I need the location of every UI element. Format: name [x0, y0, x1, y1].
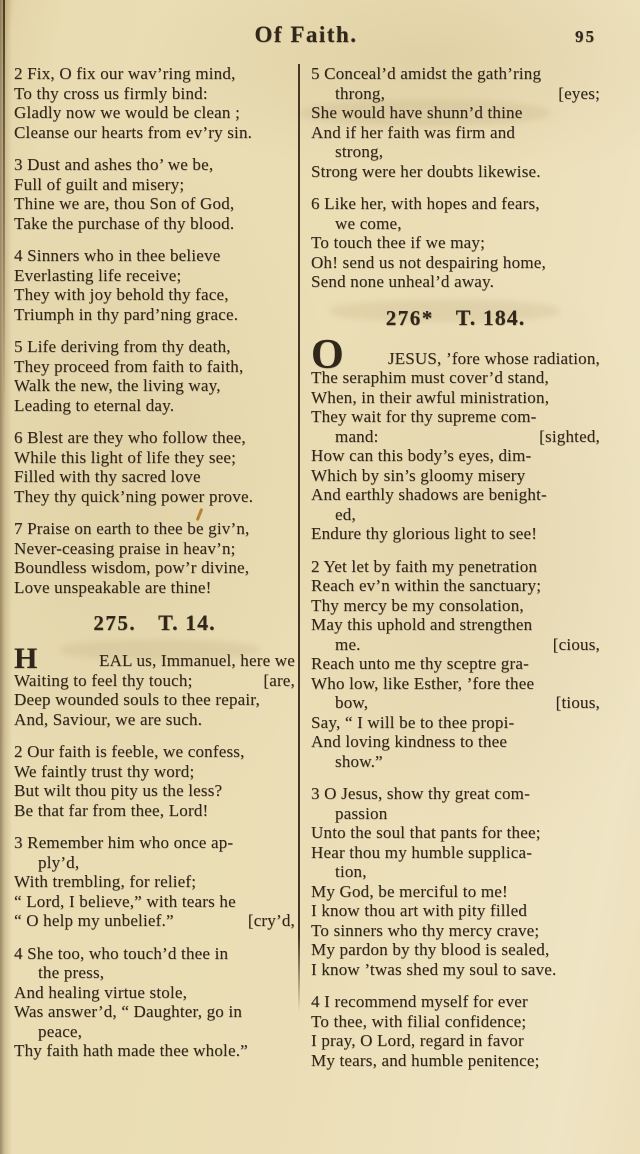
line-text: I know ’twas shed my soul to save. — [311, 960, 556, 980]
verse-line: 7 Praise on earth to thee be giv’n, — [14, 519, 295, 539]
line-text: May this uphold and strengthen — [311, 615, 532, 635]
line-text: tion, — [335, 862, 367, 882]
catchword: [tious, — [550, 693, 600, 713]
line-text: And if her faith was firm and — [311, 123, 515, 143]
line-text: 5 Conceal’d amidst the gath’ring — [311, 64, 541, 84]
verse-line: passion — [311, 804, 600, 824]
verse-line: Everlasting life receive; — [14, 266, 295, 286]
hymn-number: 276* — [386, 306, 434, 330]
line-text: 2 Fix, O fix our wav’ring mind, — [14, 64, 236, 84]
verse-line: My God, be merciful to me! — [311, 882, 600, 902]
verse: 2 Fix, O fix our wav’ring mind,To thy cr… — [14, 64, 295, 142]
verse-line: The seraphim must cover’d stand, — [311, 368, 600, 388]
verse-line: Gladly now we would be clean ; — [14, 103, 295, 123]
verse-line: “ Lord, I believe,” with tears he — [14, 892, 295, 912]
verse-line: 2 Our faith is feeble, we confess, — [14, 742, 295, 762]
verse-line: 4 I recommend myself for ever — [311, 992, 600, 1012]
line-text: Thy faith hath made thee whole.” — [14, 1041, 248, 1061]
verse-line: Unto the soul that pants for thee; — [311, 823, 600, 843]
line-text: To sinners who thy mercy crave; — [311, 921, 539, 941]
verse-line: Which by sin’s gloomy misery — [311, 466, 600, 486]
verse-line: 5 Life deriving from thy death, — [14, 337, 295, 357]
tune-label: T. 184. — [456, 305, 526, 330]
verse: 4 Sinners who in thee believeEverlasting… — [14, 246, 295, 324]
binding-edge-line — [3, 0, 5, 420]
verse-line: And if her faith was firm and — [311, 123, 600, 143]
line-text: Reach ev’n within the sanctuary; — [311, 576, 541, 596]
verse-line: strong, — [311, 142, 600, 162]
line-text: Reach unto me thy sceptre gra- — [311, 654, 529, 674]
verse-line: show.” — [311, 752, 600, 772]
verse-line: They with joy behold thy face, — [14, 285, 295, 305]
drop-cap: O — [311, 346, 344, 366]
verse-line: we come, — [311, 214, 600, 234]
verse-line: Never-ceasing praise in heav’n; — [14, 539, 295, 559]
line-text: we come, — [335, 214, 402, 234]
verse-line: throng,[eyes; — [311, 84, 600, 104]
line-text: EAL us, Immanuel, here we — [99, 651, 295, 671]
line-text: Triumph in thy pard’ning grace. — [14, 305, 238, 325]
line-text: Thy mercy be my consolation, — [311, 596, 524, 616]
line-text: peace, — [38, 1022, 82, 1042]
line-text: Boundless wisdom, pow’r divine, — [14, 558, 249, 578]
line-text: Walk the new, the living way, — [14, 376, 221, 396]
verse-line: Full of guilt and misery; — [14, 175, 295, 195]
line-text: mand: — [335, 427, 379, 447]
verse-line: May this uphold and strengthen — [311, 615, 600, 635]
line-text: Everlasting life receive; — [14, 266, 181, 286]
verse-line: Reach ev’n within the sanctuary; — [311, 576, 600, 596]
line-text: I pray, O Lord, regard in favor — [311, 1031, 524, 1051]
verse-line: 4 Sinners who in thee believe — [14, 246, 295, 266]
verse-line: 5 Conceal’d amidst the gath’ring — [311, 64, 600, 84]
line-text: They thy quick’ning power prove. — [14, 487, 253, 507]
line-text: How can this body’s eyes, dim- — [311, 446, 531, 466]
verse-line: bow,[tious, — [311, 693, 600, 713]
verse-line: mand:[sighted, — [311, 427, 600, 447]
verse-line: Who low, like Esther, ’fore thee — [311, 674, 600, 694]
line-text: Strong were her doubts likewise. — [311, 162, 541, 182]
book-page: Of Faith. 95 2 Fix, O fix our wav’ring m… — [0, 0, 640, 1154]
verse-line: My pardon by thy blood is sealed, — [311, 940, 600, 960]
line-text: 3 O Jesus, show thy great com- — [311, 784, 530, 804]
hymn-number: 275. — [93, 611, 136, 635]
line-text: Waiting to feel thy touch; — [14, 671, 193, 691]
verse-line: To thee, with filial confidence; — [311, 1012, 600, 1032]
line-text: They with joy behold thy face, — [14, 285, 229, 305]
line-text: When, in their awful ministration, — [311, 388, 549, 408]
catchword: [are, — [257, 671, 295, 691]
right-column: 5 Conceal’d amidst the gath’ringthrong,[… — [300, 64, 600, 1083]
line-text: Love unspeakable are thine! — [14, 578, 212, 598]
verse-line: With trembling, for relief; — [14, 872, 295, 892]
line-text: With trembling, for relief; — [14, 872, 196, 892]
line-text: And healing virtue stole, — [14, 983, 187, 1003]
verse-line: 6 Blest are they who follow thee, — [14, 428, 295, 448]
line-text: Oh! send us not despairing home, — [311, 253, 546, 273]
line-text: Gladly now we would be clean ; — [14, 103, 240, 123]
line-text: 3 Dust and ashes tho’ we be, — [14, 155, 213, 175]
verse: 5 Conceal’d amidst the gath’ringthrong,[… — [311, 64, 600, 181]
line-text: Be that far from thee, Lord! — [14, 801, 208, 821]
verse-line: To touch thee if we may; — [311, 233, 600, 253]
line-text: Cleanse our hearts from ev’ry sin. — [14, 123, 252, 143]
verse: 7 Praise on earth to thee be giv’n,Never… — [14, 519, 295, 597]
verse: 6 Like her, with hopes and fears,we come… — [311, 194, 600, 292]
verse-line: My tears, and humble penitence; — [311, 1051, 600, 1071]
line-text: Leading to eternal day. — [14, 396, 174, 416]
line-text: Was answer’d, “ Daughter, go in — [14, 1002, 242, 1022]
tune-label: T. 14. — [158, 610, 216, 635]
verse-line: 4 She too, who touch’d thee in — [14, 944, 295, 964]
page-header: Of Faith. — [14, 22, 598, 48]
line-text: ed, — [335, 505, 356, 525]
verse-line: To thy cross us firmly bind: — [14, 84, 295, 104]
verse-line: Oh! send us not despairing home, — [311, 253, 600, 273]
page-number: 95 — [575, 27, 596, 47]
line-text: To thee, with filial confidence; — [311, 1012, 526, 1032]
line-text: She would have shunn’d thine — [311, 103, 522, 123]
line-text: 4 She too, who touch’d thee in — [14, 944, 228, 964]
line-text: 7 Praise on earth to thee be giv’n, — [14, 519, 250, 539]
line-text: And, Saviour, we are such. — [14, 710, 202, 730]
verse-line: Endure thy glorious light to see! — [311, 524, 600, 544]
verse-line: Deep wounded souls to thee repair, — [14, 690, 295, 710]
verse-line: Reach unto me thy sceptre gra- — [311, 654, 600, 674]
line-text: 2 Our faith is feeble, we confess, — [14, 742, 245, 762]
line-text: Thine we are, thou Son of God, — [14, 194, 234, 214]
hymn-heading: 276*T. 184. — [311, 305, 600, 331]
verse: 3 O Jesus, show thy great com-passionUnt… — [311, 784, 600, 979]
verse-line: peace, — [14, 1022, 295, 1042]
verse-line: HEAL us, Immanuel, here we — [14, 647, 295, 671]
line-text: My God, be merciful to me! — [311, 882, 508, 902]
line-text: “ O help my unbelief.” — [14, 911, 174, 931]
line-text: throng, — [335, 84, 385, 104]
line-text: And earthly shadows are benight- — [311, 485, 547, 505]
verse-line: Waiting to feel thy touch;[are, — [14, 671, 295, 691]
verse-line: Say, “ I will be to thee propi- — [311, 713, 600, 733]
verse-line: OJESUS, ’fore whose radiation, — [311, 342, 600, 369]
line-text: Deep wounded souls to thee repair, — [14, 690, 260, 710]
verse-line: I pray, O Lord, regard in favor — [311, 1031, 600, 1051]
line-text: But wilt thou pity us the less? — [14, 781, 222, 801]
line-text: Which by sin’s gloomy misery — [311, 466, 525, 486]
line-text: 4 Sinners who in thee believe — [14, 246, 220, 266]
line-text: passion — [335, 804, 387, 824]
verse-line: She would have shunn’d thine — [311, 103, 600, 123]
line-text: The seraphim must cover’d stand, — [311, 368, 549, 388]
line-text: 6 Blest are they who follow thee, — [14, 428, 246, 448]
line-text: the press, — [38, 963, 104, 983]
verse-line: ed, — [311, 505, 600, 525]
verse: HEAL us, Immanuel, here weWaiting to fee… — [14, 647, 295, 729]
line-text: 3 Remember him who once ap- — [14, 833, 233, 853]
verse-line: Thy mercy be my consolation, — [311, 596, 600, 616]
verse-line: “ O help my unbelief.”[cry’d, — [14, 911, 295, 931]
verse-line: the press, — [14, 963, 295, 983]
verse-line: Thy faith hath made thee whole.” — [14, 1041, 295, 1061]
line-text: bow, — [335, 693, 368, 713]
verse-line: When, in their awful ministration, — [311, 388, 600, 408]
verse-line: 2 Fix, O fix our wav’ring mind, — [14, 64, 295, 84]
verse: 2 Our faith is feeble, we confess,We fai… — [14, 742, 295, 820]
line-text: To thy cross us firmly bind: — [14, 84, 208, 104]
line-text: While this light of life they see; — [14, 448, 236, 468]
line-text: strong, — [335, 142, 383, 162]
drop-cap: H — [14, 649, 38, 669]
verse-line: me.[cious, — [311, 635, 600, 655]
verse-line: To sinners who thy mercy crave; — [311, 921, 600, 941]
verse-line: 3 Remember him who once ap- — [14, 833, 295, 853]
line-text: They proceed from faith to faith, — [14, 357, 243, 377]
line-text: They wait for thy supreme com- — [311, 407, 537, 427]
verse: 2 Yet let by faith my penetrationReach e… — [311, 557, 600, 772]
verse-line: ply’d, — [14, 853, 295, 873]
verse: 4 I recommend myself for everTo thee, wi… — [311, 992, 600, 1070]
catchword: [sighted, — [533, 427, 600, 447]
verse-line: Walk the new, the living way, — [14, 376, 295, 396]
catchword: [cry’d, — [242, 911, 295, 931]
catchword: [eyes; — [552, 84, 600, 104]
verse: 3 Remember him who once ap-ply’d,With tr… — [14, 833, 295, 931]
line-text: JESUS, ’fore whose radiation, — [388, 349, 600, 369]
verse-line: Be that far from thee, Lord! — [14, 801, 295, 821]
line-text: My tears, and humble penitence; — [311, 1051, 540, 1071]
verse-line: They thy quick’ning power prove. — [14, 487, 295, 507]
line-text: 4 I recommend myself for ever — [311, 992, 528, 1012]
verse: 4 She too, who touch’d thee inthe press,… — [14, 944, 295, 1061]
running-head-title: Of Faith. — [255, 22, 358, 47]
line-text: show.” — [335, 752, 383, 772]
line-text: 5 Life deriving from thy death, — [14, 337, 231, 357]
line-text: Send none unheal’d away. — [311, 272, 494, 292]
verse-line: Was answer’d, “ Daughter, go in — [14, 1002, 295, 1022]
line-text: Full of guilt and misery; — [14, 175, 184, 195]
catchword: [cious, — [547, 635, 600, 655]
verse-line: Triumph in thy pard’ning grace. — [14, 305, 295, 325]
line-text: Unto the soul that pants for thee; — [311, 823, 541, 843]
text-columns: 2 Fix, O fix our wav’ring mind,To thy cr… — [14, 64, 600, 1083]
verse-line: I know ’twas shed my soul to save. — [311, 960, 600, 980]
line-text: Who low, like Esther, ’fore thee — [311, 674, 534, 694]
line-text: My pardon by thy blood is sealed, — [311, 940, 549, 960]
verse-line: Send none unheal’d away. — [311, 272, 600, 292]
verse-line: tion, — [311, 862, 600, 882]
verse-line: 6 Like her, with hopes and fears, — [311, 194, 600, 214]
line-text: Take the purchase of thy blood. — [14, 214, 234, 234]
verse: OJESUS, ’fore whose radiation,The seraph… — [311, 342, 600, 544]
line-text: ply’d, — [38, 853, 79, 873]
verse-line: They proceed from faith to faith, — [14, 357, 295, 377]
verse-line: 2 Yet let by faith my penetration — [311, 557, 600, 577]
verse-line: Take the purchase of thy blood. — [14, 214, 295, 234]
verse-line: But wilt thou pity us the less? — [14, 781, 295, 801]
verse-line: Thine we are, thou Son of God, — [14, 194, 295, 214]
verse-line: And loving kindness to thee — [311, 732, 600, 752]
verse-line: Love unspeakable are thine! — [14, 578, 295, 598]
line-text: 6 Like her, with hopes and fears, — [311, 194, 540, 214]
line-text: We faintly trust thy word; — [14, 762, 194, 782]
verse-line: And earthly shadows are benight- — [311, 485, 600, 505]
line-text: Hear thou my humble supplica- — [311, 843, 532, 863]
line-text: Endure thy glorious light to see! — [311, 524, 537, 544]
verse-line: I know thou art with pity filled — [311, 901, 600, 921]
verse-line: Filled with thy sacred love — [14, 467, 295, 487]
verse: 3 Dust and ashes tho’ we be,Full of guil… — [14, 155, 295, 233]
verse-line: How can this body’s eyes, dim- — [311, 446, 600, 466]
line-text: To touch thee if we may; — [311, 233, 485, 253]
left-column: 2 Fix, O fix our wav’ring mind,To thy cr… — [14, 64, 295, 1083]
line-text: “ Lord, I believe,” with tears he — [14, 892, 236, 912]
verse: 6 Blest are they who follow thee,While t… — [14, 428, 295, 506]
verse-line: We faintly trust thy word; — [14, 762, 295, 782]
line-text: Never-ceasing praise in heav’n; — [14, 539, 236, 559]
verse-line: And, Saviour, we are such. — [14, 710, 295, 730]
verse-line: 3 Dust and ashes tho’ we be, — [14, 155, 295, 175]
verse-line: They wait for thy supreme com- — [311, 407, 600, 427]
verse-line: While this light of life they see; — [14, 448, 295, 468]
line-text: Say, “ I will be to thee propi- — [311, 713, 514, 733]
verse-line: Leading to eternal day. — [14, 396, 295, 416]
verse-line: Boundless wisdom, pow’r divine, — [14, 558, 295, 578]
line-text: me. — [335, 635, 361, 655]
binding-edge — [0, 0, 12, 1154]
verse-line: Hear thou my humble supplica- — [311, 843, 600, 863]
line-text: 2 Yet let by faith my penetration — [311, 557, 537, 577]
line-text: And loving kindness to thee — [311, 732, 507, 752]
verse-line: Strong were her doubts likewise. — [311, 162, 600, 182]
verse-line: And healing virtue stole, — [14, 983, 295, 1003]
hymn-heading: 275.T. 14. — [14, 610, 295, 636]
line-text: I know thou art with pity filled — [311, 901, 527, 921]
verse-line: Cleanse our hearts from ev’ry sin. — [14, 123, 295, 143]
verse-line: 3 O Jesus, show thy great com- — [311, 784, 600, 804]
line-text: Filled with thy sacred love — [14, 467, 201, 487]
verse: 5 Life deriving from thy death,They proc… — [14, 337, 295, 415]
